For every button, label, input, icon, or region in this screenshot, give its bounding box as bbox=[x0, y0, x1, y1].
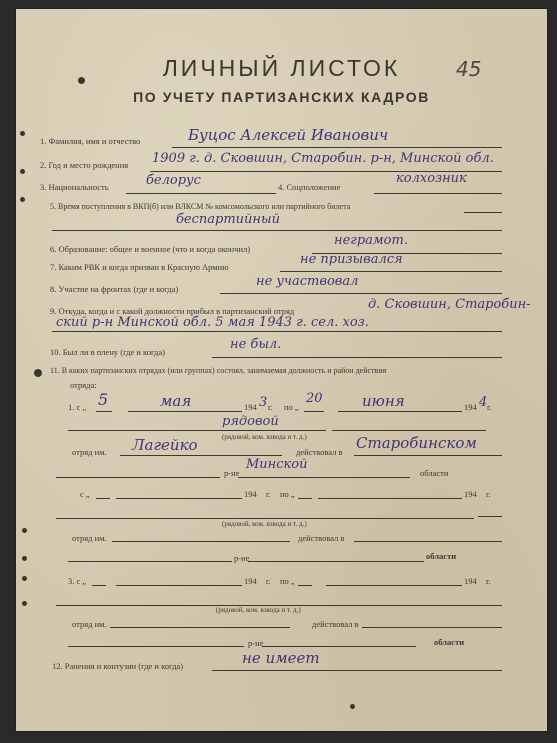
period-1-po: по „ bbox=[284, 402, 299, 412]
period-1-month-from: мая bbox=[160, 392, 191, 410]
document-subtitle: ПО УЧЕТУ ПАРТИЗАНСКИХ КАДРОВ bbox=[16, 89, 547, 105]
punch-hole bbox=[20, 197, 25, 202]
field-6-value: неграмот. bbox=[334, 233, 408, 248]
period-1-position-hint: (рядовой, ком. взвода и т. д.) bbox=[222, 433, 307, 441]
period-1-action: Старобинском bbox=[356, 434, 477, 452]
period-1-g: г. bbox=[268, 402, 273, 412]
field-11-label: 11. В каких партизанских отрядах (или гр… bbox=[50, 366, 386, 375]
punch-hole bbox=[34, 369, 42, 377]
period-2-year-from: 194 bbox=[244, 489, 257, 499]
field-3-value: белорус bbox=[146, 173, 201, 188]
field-1-value: Буцос Алексей Иванович bbox=[188, 126, 388, 144]
period-2-po: по „ bbox=[280, 489, 295, 499]
period-1-year-to-prefix: 194 bbox=[464, 402, 477, 412]
period-3-year-to: 194 bbox=[464, 576, 477, 586]
period-3-prefix: 3. с „ bbox=[68, 576, 86, 586]
period-1-year-from-prefix: 194 bbox=[244, 402, 257, 412]
period-1-day-to: 20 bbox=[306, 391, 323, 406]
field-7-label: 7. Каким РВК и когда призван в Красную А… bbox=[50, 262, 229, 272]
field-4-label: 4. Соцположение bbox=[278, 182, 340, 192]
period-3-g: г. bbox=[266, 576, 271, 586]
punch-hole bbox=[22, 528, 27, 533]
period-2-year-to: 194 bbox=[464, 489, 477, 499]
period-1-rn: Минской bbox=[246, 457, 308, 472]
period-2-prefix: с „ bbox=[80, 489, 90, 499]
period-1-g2: г. bbox=[487, 402, 492, 412]
period-3-position-hint: (рядовой, ком. взвода и т. д.) bbox=[216, 606, 301, 614]
period-1-otryad: Лагейко bbox=[132, 436, 198, 454]
archive-mark: 45 bbox=[456, 57, 481, 81]
period-2-g2: г. bbox=[486, 489, 491, 499]
field-9-value-line1: д. Сковшин, Старобин- bbox=[368, 297, 531, 312]
period-3-otryad-label: отряд им. bbox=[72, 619, 107, 629]
field-12-value: не имеет bbox=[242, 649, 320, 667]
field-10-value: не был. bbox=[230, 337, 281, 352]
punch-hole bbox=[22, 576, 27, 581]
period-1-day-from: 5 bbox=[98, 390, 108, 409]
period-2-action-label: действовал в bbox=[298, 533, 344, 543]
punch-hole bbox=[22, 601, 27, 606]
period-1-month-to: июня bbox=[362, 392, 405, 410]
period-2-position-hint: (рядовой, ком. взвода и т. д.) bbox=[222, 520, 307, 528]
period-1-year-from-suffix: 3 bbox=[259, 395, 267, 410]
field-4-value: колхозник bbox=[396, 171, 467, 186]
field-11-label-cont: отряда: bbox=[70, 380, 97, 390]
period-3-po: по „ bbox=[280, 576, 295, 586]
period-3-action-label: действовал в bbox=[312, 619, 358, 629]
field-8-label: 8. Участие на фронтах (где и когда) bbox=[50, 284, 178, 294]
field-9-value-line2: ский р-н Минской обл. 5 мая 1943 г. сел.… bbox=[56, 315, 369, 330]
field-12-label: 12. Ранения и контузии (где и когда) bbox=[52, 661, 183, 671]
field-5-label: 5. Время поступления в ВКП(б) или ВЛКСМ … bbox=[50, 202, 350, 211]
punch-hole bbox=[22, 556, 27, 561]
field-3-label: 3. Национальность bbox=[40, 182, 109, 192]
punch-hole bbox=[350, 704, 355, 709]
period-3-oblast-label: области bbox=[434, 637, 464, 647]
field-2-label: 2. Год и место рождения bbox=[40, 160, 128, 170]
field-1-label: 1. Фамилия, имя и отчество bbox=[40, 136, 140, 146]
period-2-g: г. bbox=[266, 489, 271, 499]
period-1-position: рядовой bbox=[222, 414, 279, 429]
period-1-otryad-label: отряд им. bbox=[72, 447, 107, 457]
field-5-value: беспартийный bbox=[176, 212, 280, 227]
field-8-value: не участвовал bbox=[256, 274, 358, 289]
punch-hole bbox=[20, 169, 25, 174]
period-1-action-label: действовал в bbox=[296, 447, 342, 457]
period-2-otryad-label: отряд им. bbox=[72, 533, 107, 543]
field-6-label: 6. Образование: общее и военное (что и к… bbox=[50, 244, 250, 254]
field-10-label: 10. Был ли в плену (где и когда) bbox=[50, 347, 165, 357]
document-page: ЛИЧНЫЙ ЛИСТОК ПО УЧЕТУ ПАРТИЗАНСКИХ КАДР… bbox=[16, 9, 547, 731]
period-3-year-from: 194 bbox=[244, 576, 257, 586]
period-1-oblast-label: области bbox=[420, 468, 448, 478]
field-2-value: 1909 г. д. Сковшин, Старобин. р-н, Минск… bbox=[152, 151, 494, 166]
period-1-prefix: 1. с „ bbox=[68, 402, 86, 412]
punch-hole bbox=[20, 131, 25, 136]
period-2-oblast-label: области bbox=[426, 551, 456, 561]
period-3-g2: г. bbox=[486, 576, 491, 586]
field-7-value: не призывался bbox=[300, 252, 403, 267]
